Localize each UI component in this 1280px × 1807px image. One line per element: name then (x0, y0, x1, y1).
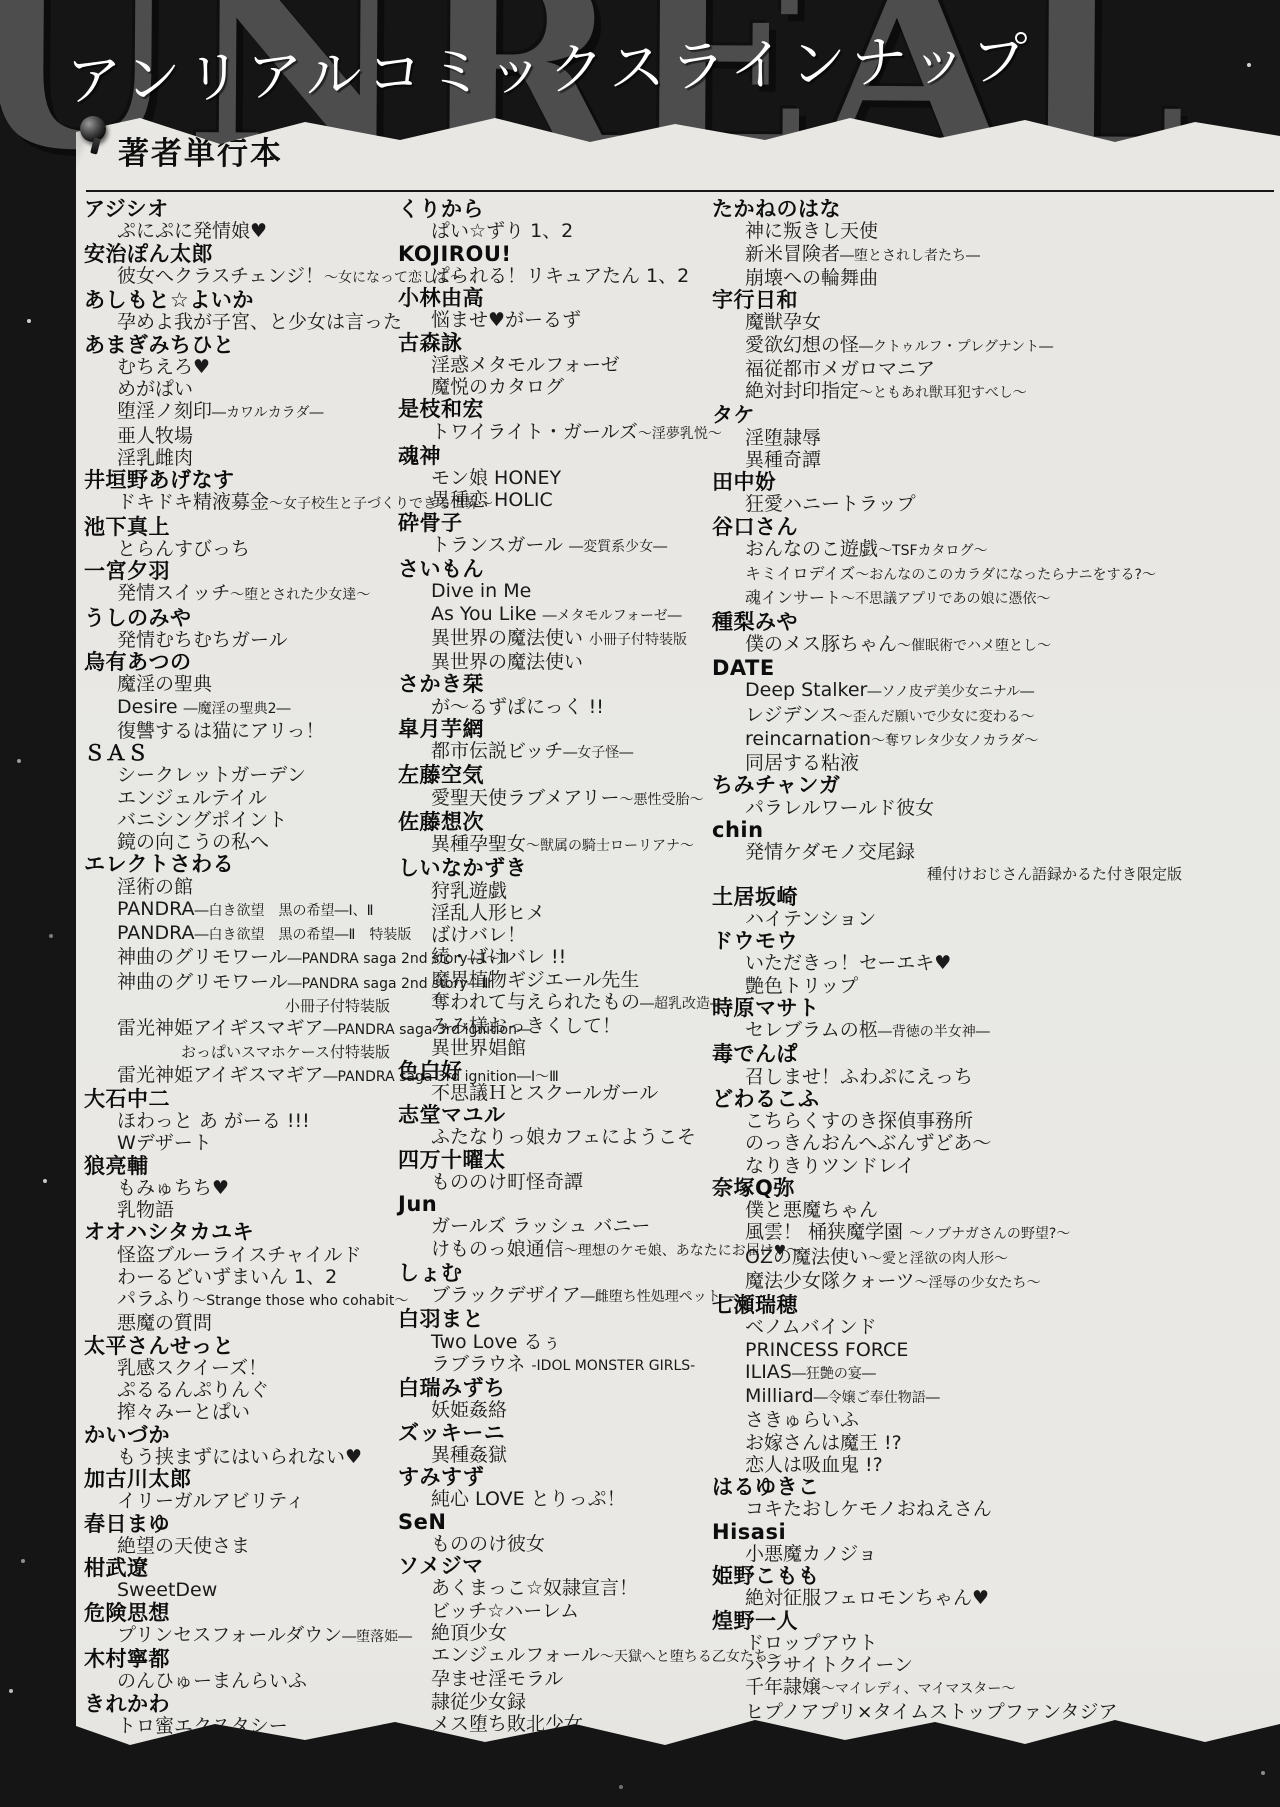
work-title: めがぱい (84, 378, 390, 400)
work-title: のんひゅーまんらいふ (84, 1670, 390, 1692)
work-title: 神曲のグリモワール―PANDRA saga 2nd story―Ⅰ～Ⅲ (84, 946, 390, 970)
work-edition-note: おっぱいスマホケース付特装版 (84, 1041, 390, 1063)
dust-specks (0, 0, 2, 2)
author-name: 時原マサト (712, 997, 1182, 1019)
work-title: 不思議Ｈとスクールガール (398, 1082, 704, 1104)
work-title: おんなのこ遊戯～TSFカタログ～ (712, 538, 1182, 562)
work-title: SweetDew (84, 1579, 390, 1601)
work-title: ILIAS―狂艶の宴― (712, 1361, 1182, 1385)
work-title: ばけバレ！ (398, 924, 704, 946)
work-title: 異種奇譚 (712, 449, 1182, 471)
work-title: ハイテンション (712, 908, 1182, 930)
work-title: 僕のメス豚ちゃん～催眠術でハメ堕とし～ (712, 633, 1182, 657)
work-title: 異種姦獄 (398, 1444, 704, 1466)
work-title: 新米冒険者―堕とされし者たち― (712, 243, 1182, 267)
author-name: 太平さんせっと (84, 1335, 390, 1357)
work-title: 魔悦のカタログ (398, 376, 704, 398)
author-name: 志堂マユル (398, 1104, 704, 1126)
work-title: 復讐するは猫にアリっ！ (84, 720, 390, 742)
author-name: アジシオ (84, 198, 390, 220)
work-title: 鏡の向こうの私へ (84, 831, 390, 853)
author-name: 是枝和宏 (398, 398, 704, 420)
work-title: 神に叛きし天使 (712, 220, 1182, 242)
author-name: 奈塚Q弥 (712, 1177, 1182, 1199)
work-title: 魔界植物ギジエール先生 (398, 969, 704, 991)
author-name: うしのみや (84, 607, 390, 629)
work-title: 風雲！ 桶狭魔学園 ～ノブナガさんの野望?～ (712, 1221, 1182, 1245)
author-name: くりから (398, 198, 704, 220)
author-name: ちみチャンガ (712, 774, 1182, 796)
work-title: が～るずぱにっく !! (398, 696, 704, 718)
work-title: PANDRA―白き欲望 黒の希望―Ⅱ 特装版 (84, 922, 390, 946)
work-title: 乳感スクイーズ！ (84, 1357, 390, 1379)
work-title: 乳物語 (84, 1199, 390, 1221)
work-title: エンジェルフォール～天獄へと堕ちる乙女たち～ (398, 1644, 704, 1668)
work-title: メス堕ち敗北少女 (398, 1713, 704, 1735)
work-title: トロ蜜エクスタシー (84, 1715, 390, 1737)
work-title: 召しませ！ふわぷにえっち (712, 1066, 1182, 1088)
column-1: アジシオぷにぷに発情娘♥安治ぽん太郎彼女へクラスチェンジ！～女になって恋して～あ… (84, 198, 390, 1737)
author-name: 色白好 (398, 1060, 704, 1082)
work-title: 怪盗ブルーライスチャイルド (84, 1244, 390, 1266)
work-title: 亜人牧場 (84, 425, 390, 447)
author-name: オオハシタカユキ (84, 1221, 390, 1243)
author-name: Jun (398, 1193, 704, 1215)
author-name: DATE (712, 657, 1182, 679)
work-title: 魔法少女隊クォーツ～淫辱の少女たち～ (712, 1270, 1182, 1294)
section-rule (86, 190, 1274, 192)
work-title: わーるどいずまいん 1、2 (84, 1266, 390, 1288)
work-title: 孕めよ我が子宮、と少女は言った (84, 311, 390, 333)
work-title: As You Like ―メタモルフォーゼ― (398, 603, 704, 627)
author-name: 池下真上 (84, 516, 390, 538)
author-name: あしもと☆よいか (84, 289, 390, 311)
work-title: モン娘 HONEY (398, 467, 704, 489)
work-title: 淫乳雌肉 (84, 447, 390, 469)
work-title: トランスガール ―変質系少女― (398, 534, 704, 558)
work-title: 発情むちむちガール (84, 629, 390, 651)
column-3: たかねのはな神に叛きし天使新米冒険者―堕とされし者たち―崩壊への輪舞曲宇行日和魔… (712, 198, 1182, 1723)
work-title: 魂インサート～不思議アプリであの娘に憑依～ (712, 586, 1182, 610)
work-title: お嫁さんは魔王 !? (712, 1432, 1182, 1454)
work-title: 魔淫の聖典 (84, 673, 390, 695)
column-2: くりからぱい☆ずり 1、2KOJIROU!ぱられる！リキュアたん 1、2小林由高… (398, 198, 704, 1735)
author-name: 砕骨子 (398, 512, 704, 534)
author-name: 四万十曜太 (398, 1149, 704, 1171)
author-name: エレクトさわる (84, 853, 390, 875)
work-title: 福従都市メガロマニア (712, 358, 1182, 380)
work-title: プリンセスフォールダウン―堕落姫― (84, 1624, 390, 1648)
work-title: レジデンス～歪んだ願いで少女に変わる～ (712, 704, 1182, 728)
work-title: もののけ町怪奇譚 (398, 1171, 704, 1193)
work-title: 妖姫姦絡 (398, 1399, 704, 1421)
work-edition-note: 小冊子付特装版 (84, 995, 390, 1017)
work-title: 魔獣孕女 (712, 311, 1182, 333)
author-name: 井垣野あげなす (84, 469, 390, 491)
work-title: さきゅらいふ (712, 1409, 1182, 1431)
work-title: ベノムバインド (712, 1316, 1182, 1338)
work-title: OZの魔法使い～愛と淫欲の肉人形～ (712, 1246, 1182, 1270)
author-name: 魂神 (398, 445, 704, 467)
work-title: 愛聖天使ラブメアリー～悪性受胎～ (398, 787, 704, 811)
work-title: 純心 LOVE とりっぷ！ (398, 1488, 704, 1510)
author-name: きれかわ (84, 1693, 390, 1715)
work-title: ラブラウネ -IDOL MONSTER GIRLS- (398, 1353, 704, 1377)
work-title: ぱられる！リキュアたん 1、2 (398, 265, 704, 287)
work-title: 雷光神姫アイギスマギア―PANDRA saga 3rd ignition―Ⅰ～Ⅲ (84, 1064, 390, 1088)
work-title: 絶対封印指定～ともあれ獣耳犯すべし～ (712, 380, 1182, 404)
work-title: ほわっと あ がーる !!! (84, 1110, 390, 1132)
work-title: 神曲のグリモワール―PANDRA saga 2nd story―Ⅲ (84, 971, 390, 995)
work-title: コキたおしケモノおねえさん (712, 1498, 1182, 1520)
author-name: 小林由高 (398, 287, 704, 309)
author-name: どわるこふ (712, 1088, 1182, 1110)
author-name: ドウモウ (712, 930, 1182, 952)
author-name: ズッキーニ (398, 1422, 704, 1444)
author-name: 煌野一人 (712, 1610, 1182, 1632)
work-title: PRINCESS FORCE (712, 1339, 1182, 1361)
work-title: 狩乳遊戯 (398, 880, 704, 902)
author-name: 大石中二 (84, 1088, 390, 1110)
author-name: 種梨みや (712, 611, 1182, 633)
work-title: パラサイトクイーン (712, 1654, 1182, 1676)
work-edition-note: 種付けおじさん語録かるた付き限定版 (712, 863, 1182, 885)
paper-sheet: 著者単行本 アジシオぷにぷに発情娘♥安治ぽん太郎彼女へクラスチェンジ！～女になっ… (70, 0, 1280, 1807)
work-title: ぷにぷに発情娘♥ (84, 220, 390, 242)
author-name: Hisasi (712, 1521, 1182, 1543)
work-title: reincarnation～奪ワレタ少女ノカラダ～ (712, 728, 1182, 752)
author-name: 谷口さん (712, 516, 1182, 538)
work-title: 絶頂少女 (398, 1622, 704, 1644)
author-name: はるゆきこ (712, 1476, 1182, 1498)
work-title: 悩ませ♥がーるず (398, 309, 704, 331)
work-title: ヒプノアプリ×タイムストップファンタジア (712, 1701, 1182, 1723)
work-title: イリーガルアビリティ (84, 1490, 390, 1512)
work-title: ガールズ ラッシュ バニー (398, 1215, 704, 1237)
work-title: パラふり～Strange those who cohabit～ (84, 1288, 390, 1312)
author-name: 佐藤想次 (398, 811, 704, 833)
work-title: 異種恋 HOLIC (398, 489, 704, 511)
work-title: けものっ娘通信～理想のケモ娘、あなたにお届け♥～ (398, 1238, 704, 1262)
work-title: のっきんおんへぶんずどあ～ (712, 1132, 1182, 1154)
work-title: セレブラムの柩―背徳の半女神― (712, 1019, 1182, 1043)
work-title: Milliard―令嬢ご奉仕物語― (712, 1385, 1182, 1409)
work-title: 都市伝説ビッチ―女子怪― (398, 740, 704, 764)
work-title: 崩壊への輪舞曲 (712, 267, 1182, 289)
work-title: 淫術の館 (84, 876, 390, 898)
work-title: もののけ彼女 (398, 1533, 704, 1555)
work-title: ビッチ☆ハーレム (398, 1600, 704, 1622)
work-title: バニシングポイント (84, 809, 390, 831)
work-title: もう挟まずにはいられない♥ (84, 1446, 390, 1468)
work-title: 淫堕隷辱 (712, 427, 1182, 449)
work-title: ドロップアウト (712, 1632, 1182, 1654)
author-name: かいづか (84, 1424, 390, 1446)
author-name: SeN (398, 1511, 704, 1533)
work-title: とらんすびっち (84, 538, 390, 560)
author-name: ＳＡＳ (84, 742, 390, 764)
author-name: さかき栞 (398, 673, 704, 695)
author-name: 一宮夕羽 (84, 560, 390, 582)
author-name: 土居坂崎 (712, 886, 1182, 908)
work-title: 隷従少女録 (398, 1691, 704, 1713)
work-title: 異世界の魔法使い (398, 651, 704, 673)
author-name: 危険思想 (84, 1602, 390, 1624)
work-title: 雷光神姫アイギスマギア―PANDRA saga 3rd ignition― (84, 1017, 390, 1041)
work-title: 同居する粘液 (712, 752, 1182, 774)
author-name: 皐月芋網 (398, 718, 704, 740)
author-name: あまぎみちひと (84, 334, 390, 356)
work-title: あくまっこ☆奴隷宣言！ (398, 1577, 704, 1599)
work-title: パラレルワールド彼女 (712, 797, 1182, 819)
work-title: 狂愛ハニートラップ (712, 493, 1182, 515)
work-title: キミイロデイズ～おんなのこのカラダになったらナニをする?～ (712, 562, 1182, 586)
work-title: もみゅちち♥ (84, 1177, 390, 1199)
author-name: ソメジマ (398, 1555, 704, 1577)
work-title: 恋人は吸血鬼 !? (712, 1454, 1182, 1476)
work-title: 淫惑メタモルフォーゼ (398, 354, 704, 376)
author-name: KOJIROU! (398, 243, 704, 265)
work-title: 搾々みーとぱい (84, 1401, 390, 1423)
author-name: 左藤空気 (398, 764, 704, 786)
work-title: 千年隷嬢～マイレディ、マイマスター～ (712, 1676, 1182, 1700)
author-name: chin (712, 819, 1182, 841)
work-title: エンジェルテイル (84, 787, 390, 809)
work-title: 艶色トリップ (712, 975, 1182, 997)
author-name: 白瑞みずち (398, 1377, 704, 1399)
work-title: なりきりツンドレイ (712, 1155, 1182, 1177)
work-title: PANDRA―白き欲望 黒の希望―Ⅰ、Ⅱ (84, 898, 390, 922)
author-name: しょむ (398, 1262, 704, 1284)
author-name: 春日まゆ (84, 1513, 390, 1535)
work-title: 絶対征服フェロモンちゃん♥ (712, 1587, 1182, 1609)
author-name: 柑武遼 (84, 1557, 390, 1579)
author-name: すみすず (398, 1466, 704, 1488)
author-name: 古森詠 (398, 332, 704, 354)
author-name: タケ (712, 404, 1182, 426)
work-title: ドキドキ精液募金～女子校生と子づくりできる世界～ (84, 491, 390, 515)
work-title: Two Love るぅ (398, 1331, 704, 1353)
work-title: 絶望の天使さま (84, 1535, 390, 1557)
work-title: 異世界の魔法使い 小冊子付特装版 (398, 627, 704, 651)
work-title: 異種孕聖女～獣属の騎士ローリアナ～ (398, 833, 704, 857)
work-title: ふたなりっ娘カフェにようこそ (398, 1126, 704, 1148)
work-title: シークレットガーデン (84, 764, 390, 786)
author-name: さいもん (398, 558, 704, 580)
work-title: 奪われて与えられたもの―超乳改造― (398, 991, 704, 1015)
author-name: たかねのはな (712, 198, 1182, 220)
work-title: 異世界娼館 (398, 1037, 704, 1059)
author-name: 田中妢 (712, 471, 1182, 493)
work-title: みみ様おっきくして！ (398, 1015, 704, 1037)
work-title: 小悪魔カノジョ (712, 1543, 1182, 1565)
author-name: 木村寧都 (84, 1648, 390, 1670)
author-name: 加古川太郎 (84, 1468, 390, 1490)
author-name: 安治ぽん太郎 (84, 243, 390, 265)
work-title: Wデザート (84, 1132, 390, 1154)
work-title: Deep Stalker―ソノ皮デ美少女ニナル― (712, 679, 1182, 703)
work-title: 愛欲幻想の怪―クトゥルフ・プレグナント― (712, 334, 1182, 358)
work-title: 僕と悪魔ちゃん (712, 1199, 1182, 1221)
work-title: 淫乱人形ヒメ (398, 902, 704, 924)
author-name: 烏有あつの (84, 651, 390, 673)
author-name: 姫野こもも (712, 1565, 1182, 1587)
author-name: 七瀬瑞穂 (712, 1294, 1182, 1316)
work-title: Dive in Me (398, 580, 704, 602)
work-title: 続・ばけバレ !! (398, 946, 704, 968)
author-name: 狼亮輔 (84, 1155, 390, 1177)
work-title: 発情スイッチ～堕とされた少女達～ (84, 582, 390, 606)
author-name: 毒でんぱ (712, 1043, 1182, 1065)
author-name: 白羽まと (398, 1308, 704, 1330)
work-title: 悪魔の質問 (84, 1312, 390, 1334)
author-name: しいなかずき (398, 857, 704, 879)
work-title: ぷるるんぷりんぐ (84, 1379, 390, 1401)
work-title: Desire ―魔淫の聖典2― (84, 696, 390, 720)
work-title: いただきっ！セーエキ♥ (712, 952, 1182, 974)
work-title: 彼女へクラスチェンジ！～女になって恋して～ (84, 265, 390, 289)
work-title: ぱい☆ずり 1、2 (398, 220, 704, 242)
work-title: ブラックデザイア―雌堕ち性処理ペット― (398, 1284, 704, 1308)
work-title: むちえろ♥ (84, 356, 390, 378)
work-title: 堕淫ノ刻印―カワルカラダ― (84, 400, 390, 424)
work-title: 孕ませ淫モラル (398, 1668, 704, 1690)
work-title: 発情ケダモノ交尾録 (712, 841, 1182, 863)
work-title: こちらくすのき探偵事務所 (712, 1110, 1182, 1132)
author-name: 宇行日和 (712, 289, 1182, 311)
work-title: トワイライト・ガールズ～淫夢乳悦～ (398, 421, 704, 445)
